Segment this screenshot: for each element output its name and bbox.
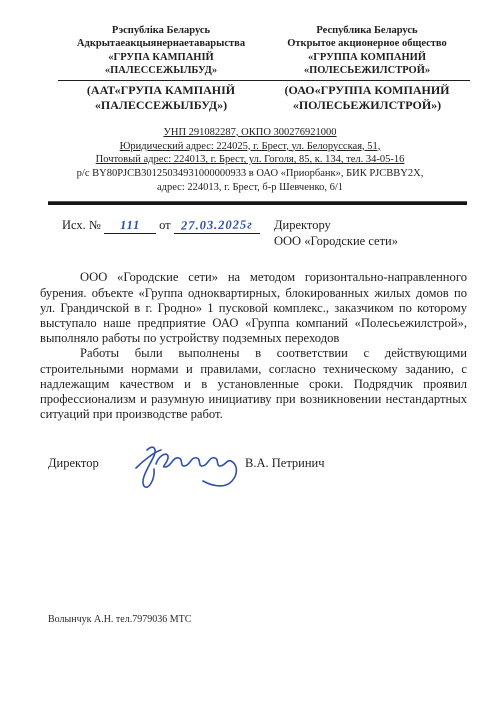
org-name-by-2: «ПАЛЕССЕЖЫЛБУД» [58, 64, 264, 77]
country-ru: Республика Беларусь [264, 24, 470, 37]
legal-address-line: Юридический адрес: 224025, г. Брест, ул.… [0, 140, 500, 154]
org-abbr-by-1: (ААТ«ГРУПА КАМПАНІЙ [58, 83, 264, 99]
org-name-ru-2: «ПОЛЕСЬЕЖИЛСТРОЙ» [264, 64, 470, 77]
addressee-org: ООО «Городские сети» [274, 234, 398, 250]
letter-body: ООО «Городские сети» на методом горизонт… [40, 270, 467, 422]
bank-address-line: адрес: 224013, г. Брест, б-р Шевченко, 6… [0, 181, 500, 195]
executor-contact: Волынчук А.Н. тел.7979036 МТС [48, 614, 191, 625]
outgoing-number-handwritten: 111 [120, 218, 141, 233]
bank-account-line: р/с BY80PJCB30125034931000000933 в ОАО «… [0, 167, 500, 181]
signature-icon [123, 440, 253, 492]
org-abbr-by: (ААТ«ГРУПА КАМПАНІЙ «ПАЛЕССЕЖЫЛБУД») [58, 81, 264, 114]
signature-row: Директор В.А. Петринич [48, 444, 470, 494]
org-type-by: Адкрытаеакцыянернаетаварыства [58, 37, 264, 50]
signature-ink [123, 440, 253, 496]
outgoing-ref: Исх. № 111 от 27.03.2025г [62, 218, 274, 249]
org-name-by-1: «ГРУПА КАМПАНІЙ [58, 51, 264, 64]
addressee-title: Директору [274, 218, 398, 234]
letterhead-right-column: Республика Беларусь Открытое акционерное… [264, 24, 470, 114]
signer-role: Директор [48, 456, 99, 471]
body-paragraph-1: ООО «Городские сети» на методом горизонт… [40, 270, 467, 346]
reference-row: Исх. № 111 от 27.03.2025г Директору ООО … [62, 218, 470, 249]
date-handwritten: 27.03.2025г [181, 218, 253, 234]
outgoing-number-label: Исх. № [62, 218, 101, 232]
body-paragraph-2: Работы были выполнены в соответствии с д… [40, 346, 467, 422]
letterhead-left-column: Рэспубліка Беларусь Адкрытаеакцыянернает… [58, 24, 264, 114]
org-abbr-by-2: «ПАЛЕССЕЖЫЛБУД») [58, 98, 264, 114]
addressee-block: Директору ООО «Городские сети» [274, 218, 398, 249]
org-full-name-ru: Республика Беларусь Открытое акционерное… [264, 24, 470, 81]
postal-address-line: Почтовый адрес: 224013, г. Брест, ул. Го… [0, 153, 500, 167]
org-abbr-ru: (ОАО«ГРУППА КОМПАНИЙ «ПОЛЕСЬЕЖИЛСТРОЙ») [264, 81, 470, 114]
org-abbr-ru-1: (ОАО«ГРУППА КОМПАНИЙ [264, 83, 470, 99]
signer-name: В.А. Петринич [245, 456, 325, 471]
date-blank: 27.03.2025г [174, 218, 260, 234]
letter-page: Рэспубліка Беларусь Адкрытаеакцыянернает… [0, 0, 500, 707]
letterhead: Рэспубліка Беларусь Адкрытаеакцыянернает… [0, 0, 500, 114]
requisites-block: УНП 291082287, ОКПО 300276921000 Юридиче… [0, 126, 500, 194]
unp-okpo-line: УНП 291082287, ОКПО 300276921000 [0, 126, 500, 140]
org-full-name-by: Рэспубліка Беларусь Адкрытаеакцыянернает… [58, 24, 264, 81]
org-name-ru-1: «ГРУППА КОМПАНИЙ [264, 51, 470, 64]
outgoing-number-blank: 111 [104, 218, 156, 234]
org-type-ru: Открытое акционерное общество [264, 37, 470, 50]
date-label: от [159, 218, 171, 232]
header-divider-rule [48, 201, 467, 205]
org-abbr-ru-2: «ПОЛЕСЬЕЖИЛСТРОЙ») [264, 98, 470, 114]
country-by: Рэспубліка Беларусь [58, 24, 264, 37]
